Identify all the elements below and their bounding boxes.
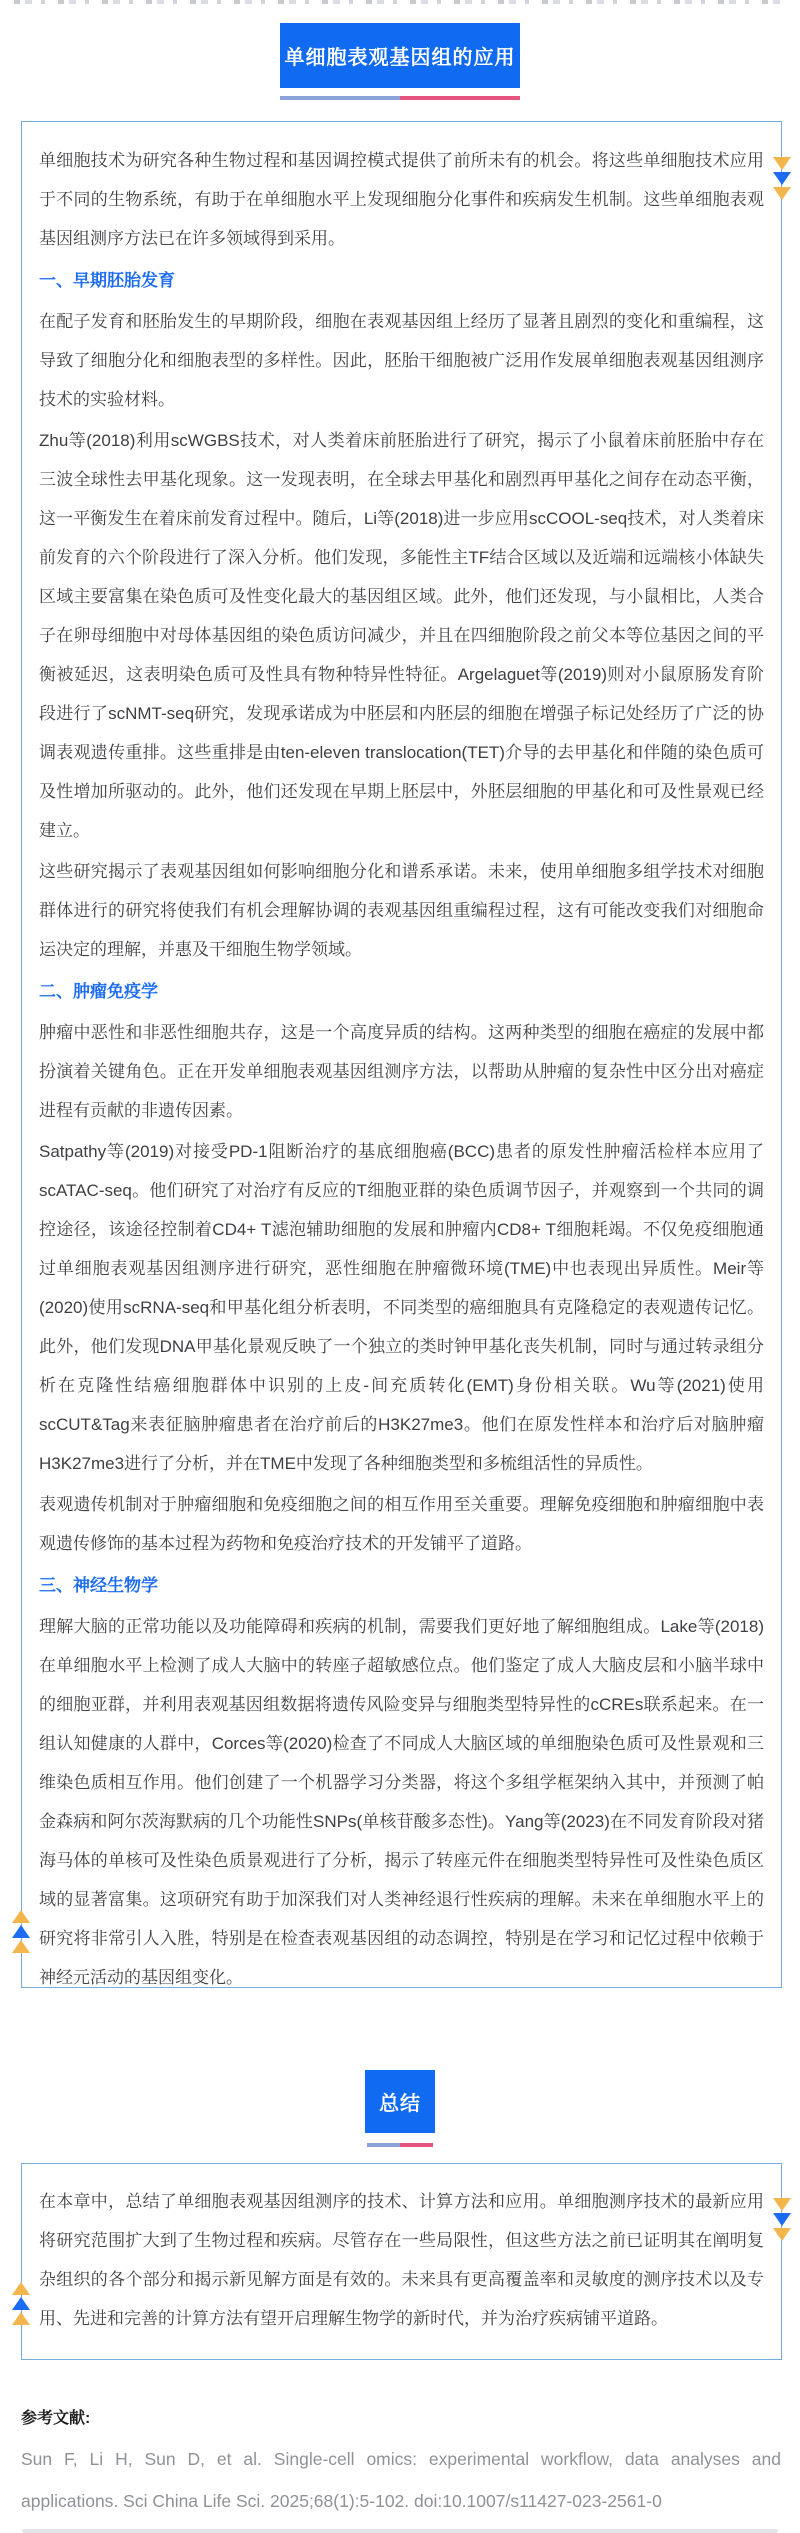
chevron-down-icon — [773, 172, 791, 185]
underline-blue-segment — [367, 2143, 400, 2147]
clipped-text-bottom-remnant — [22, 2529, 778, 2533]
underline-pink-segment — [400, 96, 520, 100]
summary-paragraph: 在本章中，总结了单细胞表观基因组测序的技术、计算方法和应用。单细胞测序技术的最新… — [39, 2182, 764, 2338]
summary-title: 总结 — [379, 2087, 421, 2116]
chevron-down-group — [773, 2197, 791, 2242]
clipped-text-top-remnant — [14, 0, 786, 4]
chevron-up-group — [12, 2281, 30, 2326]
chevron-down-icon — [773, 2228, 791, 2241]
summary-banner: 总结 — [365, 2070, 435, 2133]
section-heading-neurobiology: 三、神经生物学 — [39, 1571, 764, 1601]
paragraph: Zhu等(2018)利用scWGBS技术，对人类着床前胚胎进行了研究，揭示了小鼠… — [39, 421, 764, 850]
chevron-up-icon — [12, 2297, 30, 2310]
chevron-down-icon — [773, 2198, 791, 2211]
chevron-up-icon — [12, 1910, 30, 1923]
paragraph: 表观遗传机制对于肿瘤细胞和免疫细胞之间的相互作用至关重要。理解免疫细胞和肿瘤细胞… — [39, 1485, 764, 1563]
title-banner-underline — [280, 96, 520, 100]
chevron-down-icon — [773, 2213, 791, 2226]
chevron-up-icon — [12, 2282, 30, 2295]
underline-pink-segment — [400, 2143, 433, 2147]
summary-box: 在本章中，总结了单细胞表观基因组测序的技术、计算方法和应用。单细胞测序技术的最新… — [21, 2163, 782, 2360]
chevron-down-group — [773, 156, 791, 201]
paragraph: 肿瘤中恶性和非恶性细胞共存，这是一个高度异质的结构。这两种类型的细胞在癌症的发展… — [39, 1013, 764, 1130]
paragraph: 这些研究揭示了表观基因组如何影响细胞分化和谱系承诺。未来，使用单细胞多组学技术对… — [39, 852, 764, 969]
chevron-up-icon — [12, 1925, 30, 1938]
paragraph: Satpathy等(2019)对接受PD-1阻断治疗的基底细胞癌(BCC)患者的… — [39, 1132, 764, 1483]
chevron-down-icon — [773, 187, 791, 200]
page-title: 单细胞表观基因组的应用 — [285, 41, 516, 70]
chevron-up-icon — [12, 2312, 30, 2325]
title-banner: 单细胞表观基因组的应用 — [280, 23, 520, 88]
chevron-up-icon — [12, 1940, 30, 1953]
section-heading-embryo: 一、早期胚胎发育 — [39, 266, 764, 296]
chevron-up-group — [12, 1909, 30, 1954]
paragraph: 在配子发育和胚胎发生的早期阶段，细胞在表观基因组上经历了显著且剧烈的变化和重编程… — [39, 302, 764, 419]
section-heading-tumor-immunology: 二、肿瘤免疫学 — [39, 977, 764, 1007]
reference-item: Sun F, Li H, Sun D, et al. Single-cell o… — [21, 2438, 781, 2522]
article-box: 单细胞技术为研究各种生物过程和基因调控模式提供了前所未有的机会。将这些单细胞技术… — [21, 121, 782, 1988]
references-label: 参考文献: — [21, 2405, 90, 2428]
summary-banner-underline — [367, 2143, 433, 2147]
intro-paragraph: 单细胞技术为研究各种生物过程和基因调控模式提供了前所未有的机会。将这些单细胞技术… — [39, 141, 764, 258]
paragraph: 理解大脑的正常功能以及功能障碍和疾病的机制，需要我们更好地了解细胞组成。Lake… — [39, 1607, 764, 1997]
underline-blue-segment — [280, 96, 400, 100]
chevron-down-icon — [773, 157, 791, 170]
